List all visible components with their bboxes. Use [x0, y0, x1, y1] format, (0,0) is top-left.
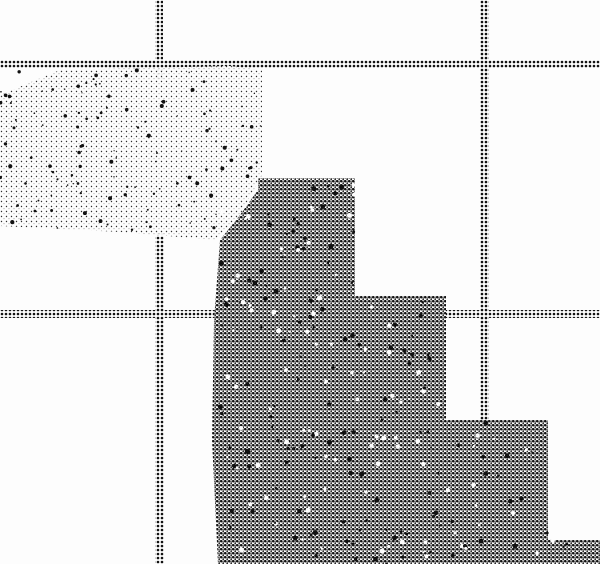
stepped-block — [212, 178, 600, 564]
halftone-artwork — [0, 0, 600, 564]
halftone-image — [0, 0, 600, 564]
light-band — [0, 66, 262, 240]
